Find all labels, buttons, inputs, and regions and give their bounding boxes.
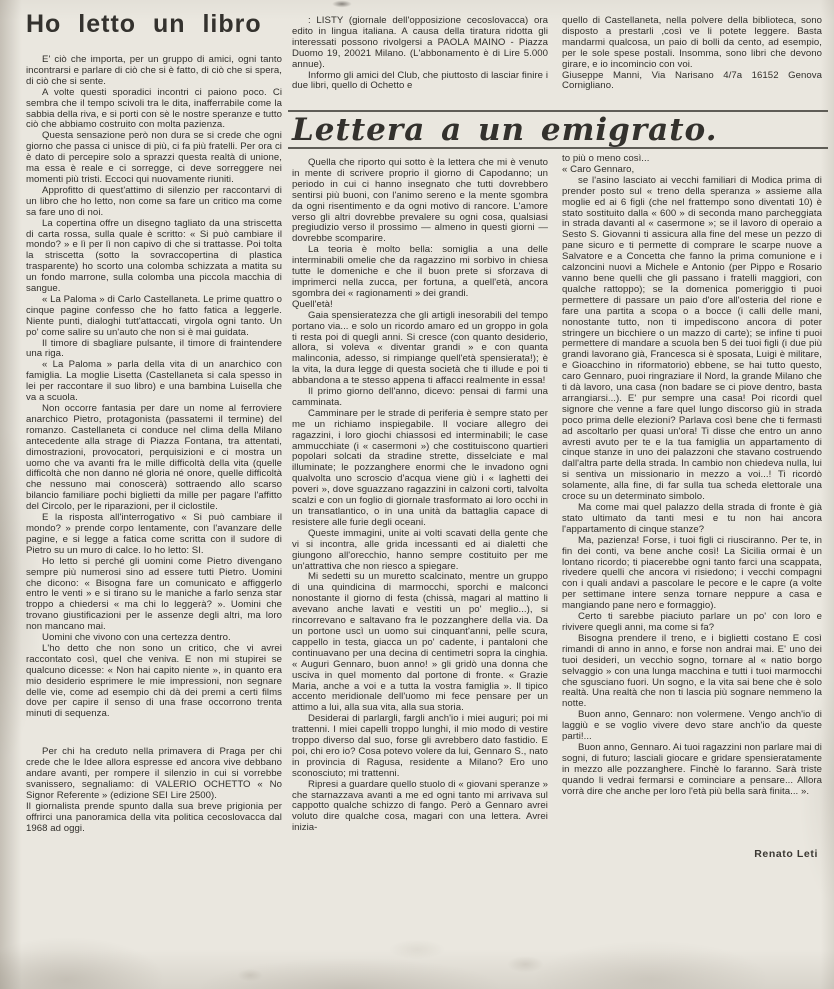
paragraph: Approfitto di quest'attimo di silenzio p… bbox=[26, 186, 282, 219]
paragraph: Ma come mai quel palazzo della strada di… bbox=[562, 503, 822, 536]
article-letter-column-2-text: to più o meno così...« Caro Gennaro,se l… bbox=[562, 154, 822, 797]
paragraph: Giuseppe Manni, Via Narisano 4/7a 16152 … bbox=[562, 71, 822, 93]
paragraph: Ripresi a guardare quello stuolo di « gi… bbox=[292, 780, 548, 835]
paragraph: Non occorre fantasia per dare un nome al… bbox=[26, 404, 282, 513]
paragraph: Quella che riporto qui sotto è la letter… bbox=[292, 158, 548, 245]
paragraph: Questa sensazione però non dura se si cr… bbox=[26, 131, 282, 186]
author-signature: Renato Leti bbox=[562, 849, 818, 860]
paragraph: Buon anno, Gennaro. Ai tuoi ragazzini no… bbox=[562, 743, 822, 798]
paragraph: Mi sedetti su un muretto scalcinato, men… bbox=[292, 572, 548, 714]
paragraph: Buon anno, Gennaro: non volermene. Vengo… bbox=[562, 710, 822, 743]
paragraph: E' ciò che importa, per un gruppo di ami… bbox=[26, 55, 282, 88]
paragraph: E la risposta all'interrogativo « Si può… bbox=[26, 513, 282, 557]
article-book-continuation-mid: : LISTY (giornale dell'opposizione cecos… bbox=[292, 16, 548, 92]
paragraph: se l'asino lasciato ai vecchi familiari … bbox=[562, 176, 822, 503]
paragraph: Il timore di sbagliare pulsante, il timo… bbox=[26, 339, 282, 361]
article-book-headline: Ho letto un libro bbox=[26, 10, 262, 39]
paragraph: : LISTY (giornale dell'opposizione cecos… bbox=[292, 16, 548, 71]
article-letter-column-1: Quella che riporto qui sotto è la letter… bbox=[292, 158, 548, 834]
paragraph: quello di Castellaneta, nella polvere de… bbox=[562, 16, 822, 71]
paragraph: Il giornalista prende spunto dalla sua b… bbox=[26, 802, 282, 835]
paragraph: Camminare per le strade di periferia è s… bbox=[292, 409, 548, 529]
paragraph: « La Paloma » parla della vita di un ana… bbox=[26, 360, 282, 404]
paragraph: Ho letto si perché gli uomini come Pietr… bbox=[26, 557, 282, 633]
paragraph: « La Paloma » di Carlo Castellaneta. Le … bbox=[26, 295, 282, 339]
paragraph: L'ho detto che non sono un critico, che … bbox=[26, 644, 282, 720]
paragraph: A volte questi sporadici incontri ci pai… bbox=[26, 88, 282, 132]
paragraph: Informo gli amici del Club, che piuttost… bbox=[292, 71, 548, 93]
article-letter-column-2: to più o meno così...« Caro Gennaro,se l… bbox=[562, 154, 822, 860]
newspaper-page: Ho letto un libro E' ciò che importa, pe… bbox=[0, 0, 834, 989]
paragraph: La copertina offre un disegno tagliato d… bbox=[26, 219, 282, 295]
article-book-continuation-right: quello di Castellaneta, nella polvere de… bbox=[562, 16, 822, 92]
section-divider-line-bottom bbox=[288, 147, 828, 149]
paragraph: Certo ti sarebbe piaciuto parlare un po'… bbox=[562, 612, 822, 634]
paragraph: Queste immagini, unite ai volti scavati … bbox=[292, 529, 548, 573]
article-letter-headline: Lettera a un emigrato. bbox=[292, 112, 592, 148]
paragraph: Il primo giorno dell'anno, dicevo: pensa… bbox=[292, 387, 548, 409]
paragraph: La teoria è molto bella: somiglia a una … bbox=[292, 245, 548, 300]
article-book-body: E' ciò che importa, per un gruppo di ami… bbox=[26, 55, 282, 835]
paragraph: Ma, pazienza! Forse, i tuoi figli ci riu… bbox=[562, 536, 822, 612]
paragraph: Per chi ha creduto nella primavera di Pr… bbox=[26, 747, 282, 802]
paragraph: Gaia spensieratezza che gli artigli ines… bbox=[292, 311, 548, 387]
paragraph: Bisogna prendere il treno, e i biglietti… bbox=[562, 634, 822, 710]
paragraph: Desiderai di parlargli, fargli anch'io i… bbox=[292, 714, 548, 779]
